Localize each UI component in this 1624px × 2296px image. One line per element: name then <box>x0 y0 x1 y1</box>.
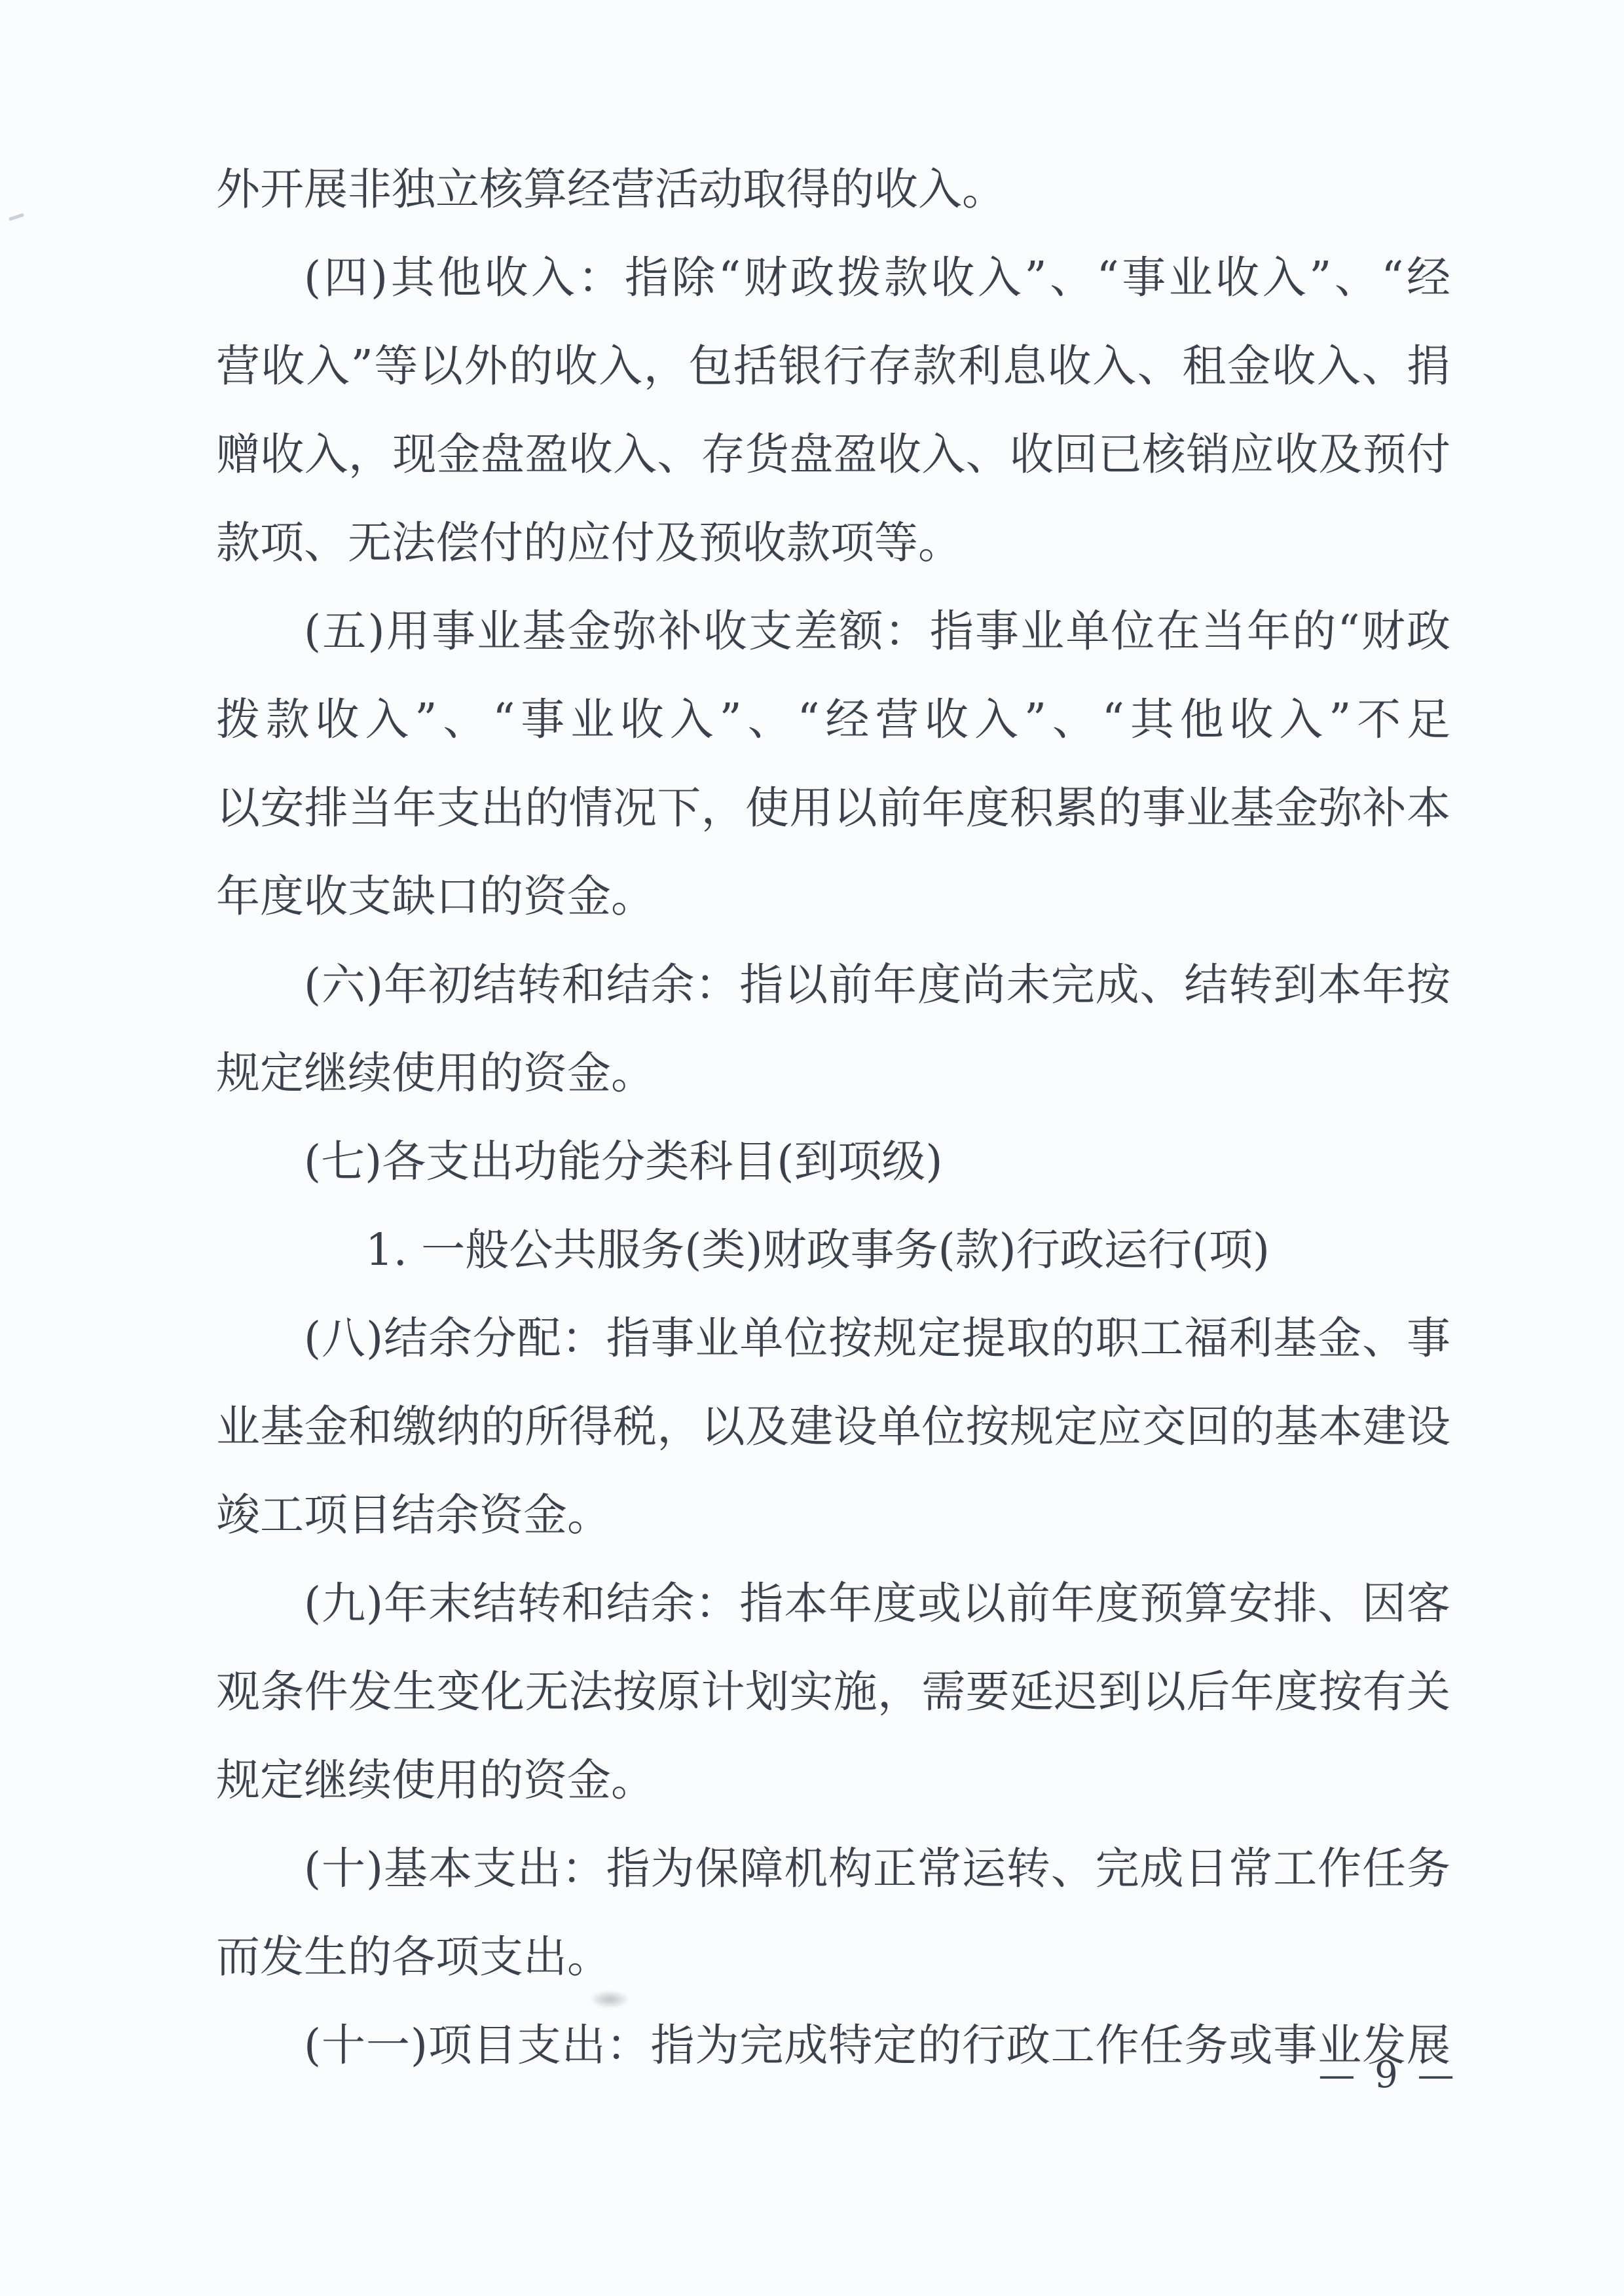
text-line: 竣工项目结余资金。 <box>216 1471 1450 1559</box>
text-line: 规定继续使用的资金。 <box>216 1029 1450 1118</box>
text-line: 拨款收入”、“事业收入”、“经营收入”、“其他收入”不足 <box>216 676 1450 764</box>
text-line: (六)年初结转和结余：指以前年度尚未完成、结转到本年按 <box>216 941 1450 1029</box>
text-line: 而发生的各项支出。 <box>216 1913 1450 2001</box>
text-line: (五)用事业基金弥补收支差额：指事业单位在当年的“财政 <box>216 587 1450 676</box>
text-line: 1. 一般公共服务(类)财政事务(款)行政运行(项) <box>216 1206 1450 1294</box>
scanned-document-page: 外开展非独立核算经营活动取得的收入。 (四)其他收入：指除“财政拨款收入”、“事… <box>0 0 1624 2296</box>
text-line: 年度收支缺口的资金。 <box>216 852 1450 941</box>
text-line: (四)其他收入：指除“财政拨款收入”、“事业收入”、“经 <box>216 234 1450 322</box>
text-line: (十)基本支出：指为保障机构正常运转、完成日常工作任务 <box>216 1825 1450 1913</box>
scan-artifact-dash <box>9 213 24 221</box>
text-line: 业基金和缴纳的所得税，以及建设单位按规定应交回的基本建设 <box>216 1383 1450 1471</box>
text-line: 规定继续使用的资金。 <box>216 1736 1450 1825</box>
text-line: (八)结余分配：指事业单位按规定提取的职工福利基金、事 <box>216 1294 1450 1383</box>
text-line: 营收入”等以外的收入，包括银行存款利息收入、租金收入、捐 <box>216 322 1450 410</box>
text-line: (九)年末结转和结余：指本年度或以前年度预算安排、因客 <box>216 1559 1450 1648</box>
text-line: 赠收入，现金盘盈收入、存货盘盈收入、收回已核销应收及预付 <box>216 410 1450 499</box>
text-line: (十一)项目支出：指为完成特定的行政工作任务或事业发展 <box>216 2001 1450 2090</box>
scan-artifact-smudge <box>589 1990 630 2009</box>
body-text: 外开展非独立核算经营活动取得的收入。 (四)其他收入：指除“财政拨款收入”、“事… <box>216 145 1450 2090</box>
text-line: 款项、无法偿付的应付及预收款项等。 <box>216 499 1450 587</box>
text-line: 以安排当年支出的情况下，使用以前年度积累的事业基金弥补本 <box>216 764 1450 852</box>
text-line: (七)各支出功能分类科目(到项级) <box>216 1118 1450 1206</box>
text-line: 外开展非独立核算经营活动取得的收入。 <box>216 145 1450 234</box>
page-number: — 9 — <box>1316 2056 1460 2095</box>
text-line: 观条件发生变化无法按原计划实施，需要延迟到以后年度按有关 <box>216 1648 1450 1736</box>
